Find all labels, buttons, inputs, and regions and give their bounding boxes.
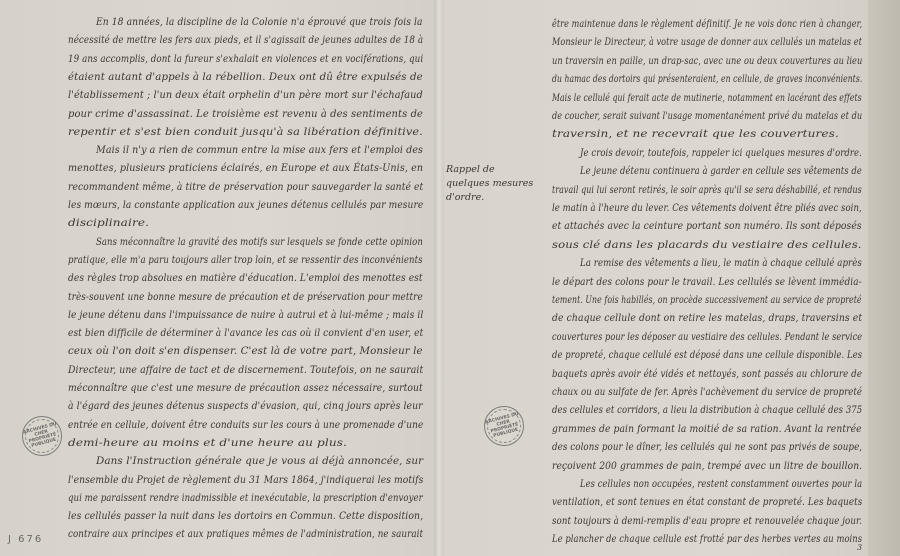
page-gutter <box>434 0 444 556</box>
handwritten-line: être maintenue dans le règlement définit… <box>552 18 862 30</box>
handwritten-line: des cellules et corridors, a lieu la dis… <box>552 404 862 416</box>
handwritten-line: Sans méconnaître la gravité des motifs s… <box>96 236 423 248</box>
handwritten-line: contraire aux principes et aux pratiques… <box>68 528 423 540</box>
handwritten-line: le départ des colons pour le travail. Le… <box>552 276 862 288</box>
handwritten-line: Monsieur le Directeur, à votre usage de … <box>552 36 862 48</box>
handwritten-line: couvertures pour les déposer au vestiair… <box>552 331 862 343</box>
handwritten-line: des colons pour le dîner, les cellulés q… <box>552 441 862 453</box>
handwritten-line: les cellulés passer la nuit dans les dor… <box>68 510 423 522</box>
handwritten-line: La remise des vêtements a lieu, le matin… <box>580 257 862 269</box>
handwritten-line: le matin à l'heure du lever. Ces vêtemen… <box>552 202 862 214</box>
handwritten-line: Les cellules non occupées, restent const… <box>580 478 862 490</box>
handwritten-line: reçoivent 200 grammes de pain, trempé av… <box>552 460 862 472</box>
handwritten-line: nécessité de mettre les fers aux pieds, … <box>68 34 423 46</box>
handwritten-line: étaient autant d'appels à la rébellion. … <box>68 71 423 83</box>
handwritten-line: travail qui lui seront retirés, le soir … <box>552 184 862 196</box>
handwritten-line: grammes de pain formant la moitié de sa … <box>552 423 862 435</box>
handwritten-line: un traversin en paille, un drap-sac, ave… <box>552 55 862 67</box>
handwritten-line: méconnaître que c'est une mesure de préc… <box>68 382 423 394</box>
handwritten-line: pour crime d'assassinat. Le troisième es… <box>68 108 423 120</box>
handwritten-line: En 18 années, la discipline de la Coloni… <box>96 16 423 28</box>
handwritten-line: ventilation, et sont tenues en état cons… <box>552 496 862 508</box>
page-edge <box>868 0 900 556</box>
handwritten-line: de propreté, chaque cellulé est déposé d… <box>552 349 862 361</box>
handwritten-line: demi-heure au moins et d'une heure au pl… <box>68 437 347 449</box>
handwritten-line: recommandent même, à titre de préservati… <box>68 181 423 193</box>
handwritten-line: les mœurs, la constante application aux … <box>68 199 423 211</box>
handwritten-line: Le jeune détenu continuera à garder en c… <box>580 165 862 177</box>
handwritten-line: sous clé dans les placards du vestiaire … <box>552 239 862 251</box>
handwritten-line: l'établissement ; l'un deux était orphel… <box>68 89 423 101</box>
handwritten-line: l'ensemble du Projet de règlement du 31 … <box>68 474 423 486</box>
handwritten-line: Mais il n'y a rien de commun entre la mi… <box>96 144 423 156</box>
handwritten-line: Le plancher de chaque cellule est frotté… <box>552 533 862 545</box>
document-spread: En 18 années, la discipline de la Coloni… <box>0 0 900 556</box>
handwritten-line: Je crois devoir, toutefois, rappeler ici… <box>580 147 862 159</box>
handwritten-line: le jeune détenu dans l'impuissance de nu… <box>68 309 423 321</box>
handwritten-line: de chaque cellule dont on retire les mat… <box>552 312 862 324</box>
handwritten-line: chaux ou au sulfate de fer. Après l'achè… <box>552 386 862 398</box>
handwritten-line: sont toujours à demi-remplis d'eau propr… <box>552 515 862 527</box>
handwritten-line: très-souvent une bonne mesure de précaut… <box>68 291 423 303</box>
handwritten-line: est bien difficile de déterminer à l'ava… <box>68 327 423 339</box>
handwritten-line: pratique, elle m'a paru toujours aller t… <box>68 254 423 266</box>
handwritten-line: Dans l'Instruction générale que je vous … <box>96 455 423 467</box>
handwritten-line: 19 ans accomplis, dont la fureur s'exhal… <box>68 53 423 65</box>
handwritten-line: repentir et s'est bien conduit jusqu'à s… <box>68 126 423 138</box>
margin-note: Rappel de quelques mesures d'ordre. <box>446 163 536 205</box>
handwritten-line: des règles trop absolues en matière d'éd… <box>68 272 423 284</box>
page-mark: 3 <box>857 543 862 552</box>
archive-stamp-icon: ARCHIVES DU CHER PROPRIÉTÉ PUBLIQUE <box>484 406 524 446</box>
handwritten-line: qui me paraissent rendre inadmissible et… <box>68 492 423 504</box>
handwritten-line: entrée en cellule, doivent être conduits… <box>68 419 423 431</box>
handwritten-line: à l'égard des jeunes détenus suspects d'… <box>68 400 423 412</box>
handwritten-line: disciplinaire. <box>68 217 149 229</box>
archive-stamp-icon: ARCHIVES DU CHER PROPRIÉTÉ PUBLIQUE <box>22 416 62 456</box>
handwritten-line: traversin, et ne recevrait que les couve… <box>552 128 839 140</box>
handwritten-line: menottes, plusieurs praticiens éclairés,… <box>68 162 423 174</box>
catalog-number: J 676 <box>8 534 43 545</box>
handwritten-line: de coucher, serait suivant l'usage momen… <box>552 110 862 122</box>
handwritten-line: du hamac des dortoirs qui présenteraient… <box>552 73 862 85</box>
handwritten-line: Mais le cellulé qui ferait acte de mutin… <box>552 92 862 104</box>
handwritten-line: baquets après avoir été vidés et nettoyé… <box>552 368 862 380</box>
handwritten-line: ceux où l'on doit s'en dispenser. C'est … <box>68 345 423 357</box>
handwritten-line: et attachés avec la ceinture portant son… <box>552 220 862 232</box>
handwritten-line: tement. Une fois habillés, on procède su… <box>552 294 862 306</box>
handwritten-line: Directeur, une affaire de tact et de dis… <box>68 364 423 376</box>
